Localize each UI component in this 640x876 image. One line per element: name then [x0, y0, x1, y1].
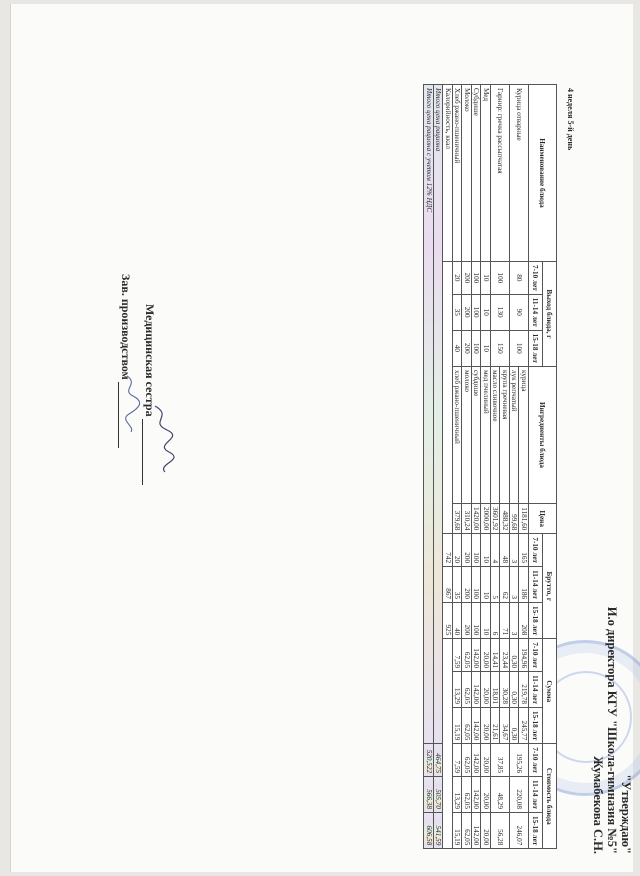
- table-row: Молоко200200200молоко310,2420020020062,0…: [462, 85, 472, 849]
- production-head-signature-scribble: [119, 374, 143, 434]
- gross-cell: 10: [481, 534, 491, 567]
- sum-cell: 7,59: [453, 639, 463, 672]
- header-ingredients: Ингредиенты блюда: [529, 366, 557, 503]
- yield-cell: 40: [453, 330, 463, 366]
- sum-cell: 14,41: [491, 639, 501, 672]
- gross-cell: 200: [462, 603, 472, 639]
- yield-cell: 200: [462, 262, 472, 295]
- gross-cell: 4: [491, 534, 501, 567]
- ingredient-cell: крупа гречневая: [500, 366, 510, 503]
- price-cell: 488,32: [500, 503, 510, 533]
- gross-cell: 100: [472, 534, 482, 567]
- dish-cost-cell: 246,07: [510, 812, 529, 848]
- gross-cell: 6: [491, 603, 501, 639]
- calories-blank: [443, 639, 453, 849]
- header-gross: Брутто, г: [543, 534, 557, 639]
- yield-cell: 100: [472, 330, 482, 366]
- gross-cell: 62: [500, 567, 510, 603]
- table-row: Субдише100100100субдише1420,001001001001…: [472, 85, 482, 849]
- gross-cell: 3: [510, 603, 520, 639]
- total-row: Итого цена рациона464,75505,70541,59: [434, 85, 444, 849]
- age-group-header: 15-18 лет: [529, 603, 543, 639]
- age-group-header: 7-10 лет: [529, 639, 543, 672]
- sum-cell: 0,30: [510, 639, 520, 672]
- calories-value: 925: [443, 603, 453, 639]
- document-page: "Утверждаю" И.о директора КГУ "Школа-гим…: [10, 4, 633, 872]
- calories-blank: [443, 262, 453, 534]
- price-cell: 1181,60: [519, 503, 529, 533]
- dish-cost-cell: 37,85: [491, 744, 510, 777]
- table-row: Гарнир: гречка рассыпчатая100130150крупа…: [500, 85, 510, 849]
- age-group-header: 15-18 лет: [529, 812, 543, 848]
- menu-body: Курица отварные8090100курица1181,6016518…: [424, 85, 529, 849]
- total-vat-row-value: 566,38: [424, 777, 434, 813]
- gross-cell: 3: [510, 567, 520, 603]
- dish-name-cell: Хлеб ржано-пшеничный: [453, 85, 463, 262]
- dish-cost-cell: 15,19: [453, 812, 463, 848]
- nurse-signature-scribble: [147, 404, 175, 474]
- total-vat-row-value: 520,522: [424, 744, 434, 777]
- age-group-header: 11-14 лет: [529, 567, 543, 603]
- header-yield: Выход блюда, г: [543, 262, 557, 367]
- dish-cost-cell: 142,00: [472, 777, 482, 813]
- gross-cell: 165: [519, 534, 529, 567]
- approval-label: "Утверждаю": [619, 607, 633, 854]
- sum-cell: 194,96: [519, 639, 529, 672]
- sum-cell: 15,19: [453, 707, 463, 743]
- dish-cost-cell: 20,00: [481, 777, 491, 813]
- sum-cell: 0,30: [510, 707, 520, 743]
- yield-cell: 35: [453, 294, 463, 330]
- gross-cell: 100: [472, 603, 482, 639]
- ingredient-cell: масло сливочное: [491, 366, 501, 503]
- production-head-label: Зав. производством: [119, 274, 133, 380]
- price-cell: 99,68: [510, 503, 520, 533]
- gross-cell: 208: [519, 603, 529, 639]
- sum-cell: 142,00: [472, 672, 482, 708]
- dish-cost-cell: 56,28: [491, 812, 510, 848]
- total-row-value: 541,59: [434, 812, 444, 848]
- gross-cell: 35: [453, 567, 463, 603]
- ingredient-cell: молоко: [462, 366, 472, 503]
- gross-cell: 200: [462, 534, 472, 567]
- sum-cell: 142,00: [472, 639, 482, 672]
- table-row: Курица отварные8090100курица1181,6016518…: [519, 85, 529, 849]
- sum-cell: 62,05: [462, 707, 472, 743]
- gross-cell: 5: [491, 567, 501, 603]
- sum-cell: 20,00: [481, 639, 491, 672]
- ingredient-cell: субдише: [472, 366, 482, 503]
- yield-cell: 80: [510, 262, 529, 295]
- dish-name-cell: Субдише: [472, 85, 482, 262]
- sum-cell: 62,05: [462, 639, 472, 672]
- dish-cost-cell: 142,00: [472, 812, 482, 848]
- age-group-header: 7-10 лет: [529, 262, 543, 295]
- sum-cell: 13,29: [453, 672, 463, 708]
- yield-cell: 20: [453, 262, 463, 295]
- dish-name-cell: Молоко: [462, 85, 472, 262]
- dish-cost-cell: 142,00: [472, 744, 482, 777]
- header-dish-name: Наименование блюда: [529, 85, 557, 262]
- rotated-sheet: "Утверждаю" И.о директора КГУ "Школа-гим…: [11, 4, 633, 872]
- sum-cell: 20,00: [481, 707, 491, 743]
- yield-cell: 90: [510, 294, 529, 330]
- ingredient-cell: курица: [519, 366, 529, 503]
- table-row: Мед101010мед пчелиный2000,0010101020,002…: [481, 85, 491, 849]
- price-cell: 379,68: [453, 503, 463, 533]
- total-row-label: Итого цена рациона: [434, 85, 444, 744]
- header-dish-cost: Стоимость блюда: [543, 744, 557, 849]
- yield-cell: 100: [510, 330, 529, 366]
- calories-label: Калорийность, ккал: [443, 85, 453, 262]
- gross-cell: 10: [481, 567, 491, 603]
- gross-cell: 10: [481, 603, 491, 639]
- dish-cost-cell: 62,05: [462, 744, 472, 777]
- dish-name-cell: Курица отварные: [510, 85, 529, 262]
- gross-cell: 3: [510, 534, 520, 567]
- yield-cell: 130: [491, 294, 510, 330]
- total-row-value: 464,75: [434, 744, 444, 777]
- approval-block: "Утверждаю" И.о директора КГУ "Школа-гим…: [591, 607, 633, 854]
- header-price: Цена: [529, 503, 557, 533]
- age-group-header: 15-18 лет: [529, 707, 543, 743]
- dish-cost-cell: 20,00: [481, 812, 491, 848]
- sum-cell: 18,01: [491, 672, 501, 708]
- gross-cell: 40: [453, 603, 463, 639]
- header-sum: Сумма: [543, 639, 557, 744]
- dish-cost-cell: 13,29: [453, 777, 463, 813]
- sum-cell: 62,05: [462, 672, 472, 708]
- nurse-label: Медицинская сестра: [143, 304, 157, 417]
- dish-cost-cell: 220,08: [510, 777, 529, 813]
- calories-value: 742: [443, 534, 453, 567]
- ingredient-cell: хлеб ржано-пшеничный: [453, 366, 463, 503]
- yield-cell: 10: [481, 330, 491, 366]
- yield-cell: 150: [491, 330, 510, 366]
- price-cell: 1420,00: [472, 503, 482, 533]
- gross-cell: 186: [519, 567, 529, 603]
- dish-cost-cell: 62,05: [462, 777, 472, 813]
- gross-cell: 100: [472, 567, 482, 603]
- yield-cell: 100: [472, 262, 482, 295]
- day-title: 4 неделя 5-й день: [566, 88, 575, 150]
- yield-cell: 200: [462, 294, 472, 330]
- calories-row: Калорийность, ккал742867925: [443, 85, 453, 849]
- age-group-header: 7-10 лет: [529, 534, 543, 567]
- age-group-header: 15-18 лет: [529, 330, 543, 366]
- gross-cell: 200: [462, 567, 472, 603]
- dish-cost-cell: 48,29: [491, 777, 510, 813]
- menu-table: Наименование блюда Выход блюда, г Ингред…: [424, 84, 558, 849]
- price-cell: 310,24: [462, 503, 472, 533]
- age-group-header: 7-10 лет: [529, 744, 543, 777]
- age-group-header: 11-14 лет: [529, 294, 543, 330]
- price-cell: 3601,92: [491, 503, 501, 533]
- yield-cell: 100: [491, 262, 510, 295]
- dish-cost-cell: 20,00: [481, 744, 491, 777]
- sum-cell: 20,00: [481, 672, 491, 708]
- dish-name-cell: Гарнир: гречка рассыпчатая: [491, 85, 510, 262]
- ingredient-cell: мед пчелиный: [481, 366, 491, 503]
- dish-cost-cell: 7,59: [453, 744, 463, 777]
- total-row-value: 505,70: [434, 777, 444, 813]
- calories-value: 867: [443, 567, 453, 603]
- approval-position: И.о директора КГУ "Школа-гимназия №5": [605, 607, 619, 854]
- price-cell: 2000,00: [481, 503, 491, 533]
- yield-cell: 10: [481, 294, 491, 330]
- approval-name: Жумабекова С.Н.: [591, 607, 605, 854]
- total-vat-row-value: 606,58: [424, 812, 434, 848]
- ingredient-cell: лук репчатый: [510, 366, 520, 503]
- gross-cell: 20: [453, 534, 463, 567]
- age-group-header: 11-14 лет: [529, 777, 543, 813]
- yield-cell: 100: [472, 294, 482, 330]
- table-row: Хлеб ржано-пшеничный203540хлеб ржано-пше…: [453, 85, 463, 849]
- yield-cell: 10: [481, 262, 491, 295]
- dish-name-cell: Мед: [481, 85, 491, 262]
- sum-cell: 34,67: [500, 707, 510, 743]
- sum-cell: 219,78: [519, 672, 529, 708]
- gross-cell: 71: [500, 603, 510, 639]
- sum-cell: 30,28: [500, 672, 510, 708]
- dish-cost-cell: 62,05: [462, 812, 472, 848]
- sum-cell: 21,61: [491, 707, 501, 743]
- yield-cell: 200: [462, 330, 472, 366]
- dish-cost-cell: 195,26: [510, 744, 529, 777]
- age-group-header: 11-14 лет: [529, 672, 543, 708]
- sum-cell: 142,00: [472, 707, 482, 743]
- sum-cell: 23,44: [500, 639, 510, 672]
- sum-cell: 0,30: [510, 672, 520, 708]
- sum-cell: 245,77: [519, 707, 529, 743]
- total-vat-row-label: Итого цена рациона с учетом 12% НДС: [424, 85, 434, 744]
- total-vat-row: Итого цена рациона с учетом 12% НДС520,5…: [424, 85, 434, 849]
- gross-cell: 48: [500, 534, 510, 567]
